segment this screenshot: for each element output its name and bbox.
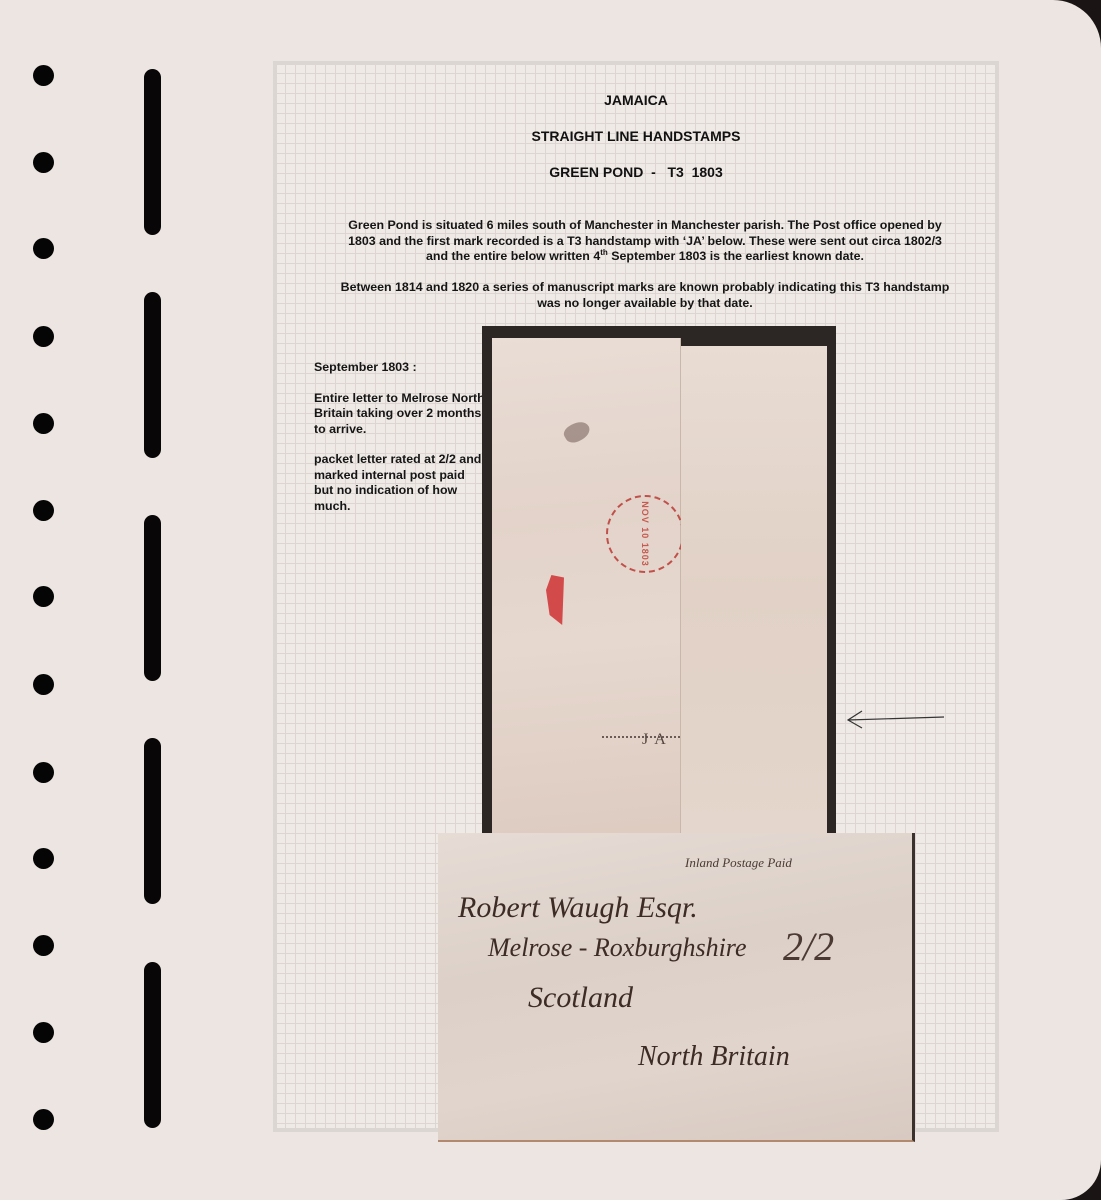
pointer-arrow-icon — [846, 708, 946, 732]
binder-slot — [144, 515, 161, 681]
ordinal-suffix: th — [600, 248, 608, 257]
letter-back-right-panel — [681, 346, 827, 836]
item-description: September 1803 : Entire letter to Melros… — [314, 360, 486, 529]
intro-line: Green Pond is situated 6 miles south of … — [315, 218, 975, 234]
letter-front: Inland Postage Paid Robert Waugh Esqr. M… — [438, 833, 915, 1142]
postage-rate: 2/2 — [783, 923, 834, 970]
postmark-date: NOV 10 1803 — [640, 501, 650, 567]
note-paragraph: Between 1814 and 1820 a series of manusc… — [315, 280, 975, 311]
binder-hole — [33, 586, 54, 607]
binder-slot — [144, 69, 161, 235]
ink-stain — [561, 418, 593, 447]
page-subtitle: STRAIGHT LINE HANDSTAMPS — [273, 128, 999, 144]
binder-slot — [144, 738, 161, 904]
binder-hole — [33, 500, 54, 521]
album-page: JAMAICA STRAIGHT LINE HANDSTAMPS GREEN P… — [0, 0, 1101, 1200]
red-circular-postmark: NOV 10 1803 — [606, 495, 684, 573]
note-line: was no longer available by that date. — [315, 296, 975, 312]
binder-hole — [33, 152, 54, 173]
page-title: JAMAICA — [273, 92, 999, 108]
item-description-rating: packet letter rated at 2/2 and marked in… — [314, 452, 486, 514]
letter-back-mount: NOV 10 1803 JA — [482, 326, 836, 859]
item-date: September 1803 : — [314, 360, 486, 376]
ja-handstamp: JA — [642, 731, 672, 749]
binder-hole — [33, 762, 54, 783]
binder-hole — [33, 848, 54, 869]
note-line: Between 1814 and 1820 a series of manusc… — [315, 280, 975, 296]
intro-text: and the entire below written 4 — [426, 249, 600, 263]
letter-back-left-panel: NOV 10 1803 JA — [492, 338, 681, 842]
endorsement-text: Inland Postage Paid — [685, 855, 792, 871]
address-line-4: North Britain — [638, 1041, 790, 1073]
binder-hole — [33, 1022, 54, 1043]
binder-hole — [33, 65, 54, 86]
item-description-route: Entire letter to Melrose North Britain t… — [314, 391, 486, 438]
binder-hole — [33, 674, 54, 695]
address-line-3: Scotland — [528, 981, 633, 1015]
address-line-2: Melrose - Roxburghshire — [488, 933, 747, 963]
binder-slot — [144, 292, 161, 458]
red-wax-seal-remnant — [546, 575, 564, 625]
binder-hole — [33, 1109, 54, 1130]
binder-hole — [33, 238, 54, 259]
intro-line: 1803 and the first mark recorded is a T3… — [315, 234, 975, 250]
section-heading: GREEN POND - T3 1803 — [273, 164, 999, 180]
intro-paragraph: Green Pond is situated 6 miles south of … — [315, 218, 975, 265]
binder-hole — [33, 326, 54, 347]
binder-slot — [144, 962, 161, 1128]
intro-line: and the entire below written 4th Septemb… — [315, 249, 975, 265]
intro-text: September 1803 is the earliest known dat… — [608, 249, 864, 263]
address-line-1: Robert Waugh Esqr. — [458, 891, 698, 925]
binder-hole — [33, 413, 54, 434]
binder-hole — [33, 935, 54, 956]
